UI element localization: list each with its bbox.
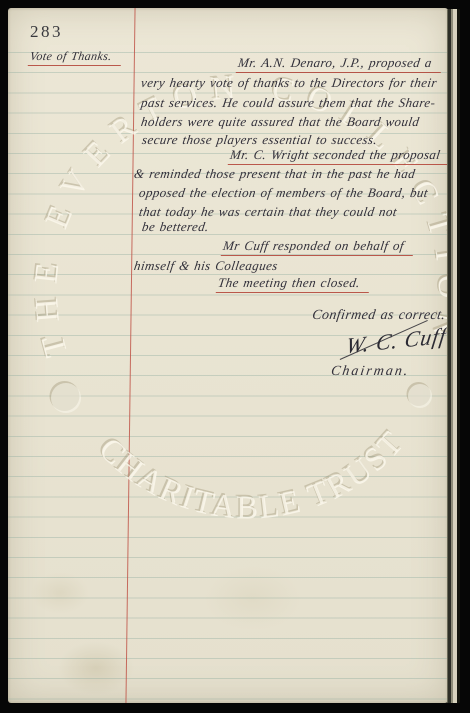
minute-line: himself & his Colleagues — [133, 258, 279, 274]
minute-line: Mr. C. Wright seconded the proposal — [228, 147, 452, 163]
watermark-arc-bottom: CHARITABLE TRUST — [91, 424, 411, 526]
watermark-dot-left-shadow — [50, 381, 80, 411]
svg-text:CHARITABLE TRUST: CHARITABLE TRUST — [90, 422, 410, 524]
minute-line: past services. He could assure them that… — [140, 95, 436, 111]
minute-line: be bettered. — [141, 219, 210, 235]
watermark-dot-left — [51, 383, 81, 413]
paper: THE EVERTON COLLECTION CHARITABLE TRUST … — [8, 8, 448, 703]
watermark-dot-right-shadow — [407, 382, 431, 406]
signature-title: Chairman. — [330, 364, 411, 380]
chairman-signature: W. C. Cuff — [344, 322, 448, 359]
minute-line: The meeting then closed. — [216, 275, 371, 291]
minute-line: Mr Cuff responded on behalf of — [221, 238, 415, 254]
svg-text:CHARITABLE TRUST: CHARITABLE TRUST — [91, 424, 411, 526]
watermark-dot-right — [408, 384, 432, 408]
minute-line: very hearty vote of thanks to the Direct… — [140, 75, 438, 91]
minute-line: opposed the election of members of the B… — [138, 185, 429, 201]
book-gutter-edge — [447, 9, 460, 703]
watermark-arc-bottom-shadow: CHARITABLE TRUST — [90, 422, 410, 524]
minute-line: holders were quite assured that the Boar… — [140, 114, 420, 130]
margin-note: Vote of Thanks. — [28, 49, 123, 64]
minute-line: that today he was certain that they coul… — [138, 204, 398, 220]
minute-line: secure those players essential to succes… — [141, 132, 378, 148]
red-margin-line — [125, 8, 135, 703]
minute-line: & reminded those present that in the pas… — [133, 166, 416, 182]
page-number: 283 — [30, 22, 63, 42]
minute-line: Mr. A.N. Denaro, J.P., proposed a — [236, 55, 443, 71]
scanned-minute-book-page: THE EVERTON COLLECTION CHARITABLE TRUST … — [0, 0, 470, 713]
